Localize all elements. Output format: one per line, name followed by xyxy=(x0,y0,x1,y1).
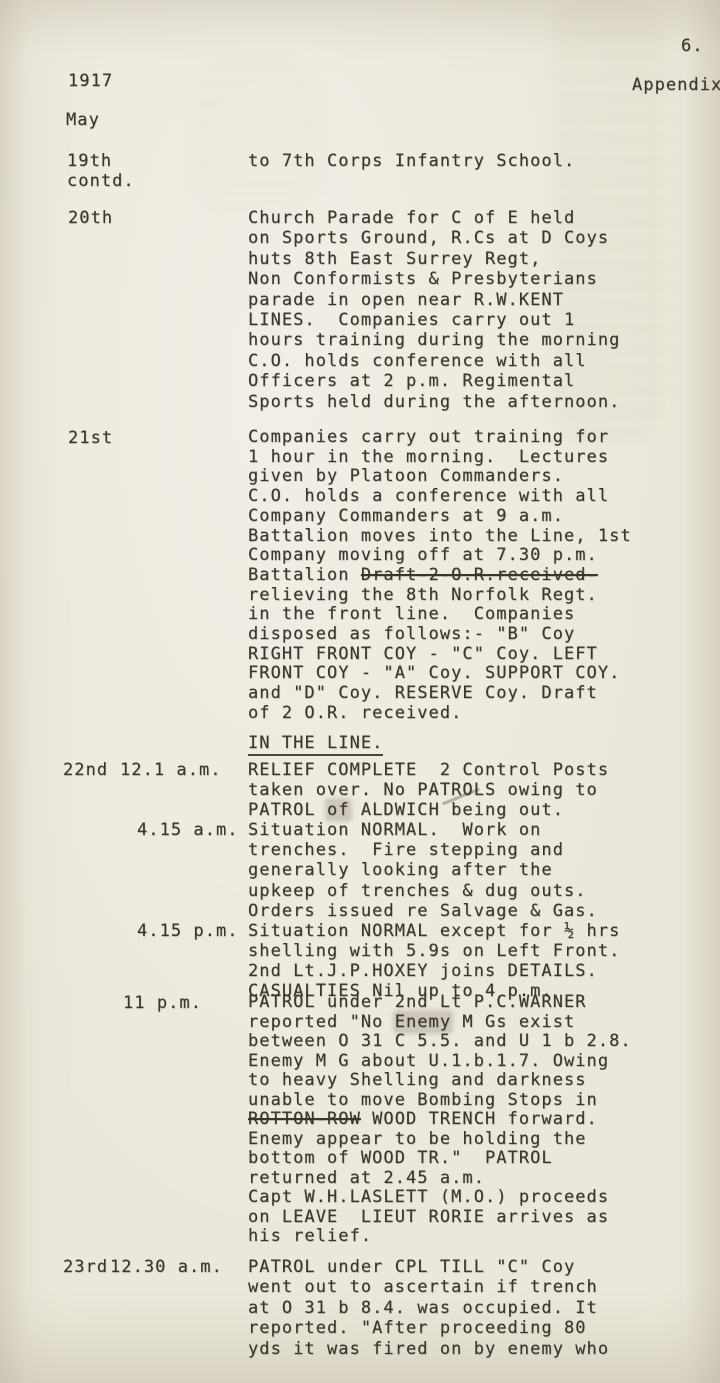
diary-line: parade in open near R.W.KENT xyxy=(248,290,620,310)
diary-line: on Sports Ground, R.Cs at D Coys xyxy=(248,228,620,248)
diary-line: Company Commanders at 9 a.m. xyxy=(248,507,632,527)
entry-date-19th: 19th xyxy=(67,151,112,171)
smudged-text: of xyxy=(327,800,350,820)
diary-line: generally looking after the xyxy=(248,860,620,880)
diary-line: hours training during the morning xyxy=(248,330,620,350)
diary-line: C.O. holds conference with all xyxy=(248,351,620,371)
line-segment: M Gs exist xyxy=(451,1012,575,1032)
diary-line: Situation NORMAL except for ½ hrs xyxy=(248,921,620,941)
diary-line: disposed as follows:- "B" Coy xyxy=(248,625,632,645)
diary-line: Non Conformists & Presbyterians xyxy=(248,269,620,289)
smudged-text: Enemy xyxy=(395,1012,451,1032)
diary-line-smudged: PATROL of ALDWICH being out. xyxy=(248,800,620,820)
diary-line: Orders issued re Salvage & Gas. xyxy=(248,901,620,921)
entry-body-20th: Church Parade for C of E held on Sports … xyxy=(248,208,620,412)
diary-line: LINES. Companies carry out 1 xyxy=(248,310,620,330)
line-segment: Battalion xyxy=(248,565,361,585)
diary-line: Enemy M G about U.1.b.1.7. Owing xyxy=(248,1052,632,1072)
appendix-label: Appendix xyxy=(632,75,720,95)
diary-line: C.O. holds a conference with all xyxy=(248,487,632,507)
month-label: May xyxy=(66,110,100,130)
entry-date-19th-contd: contd. xyxy=(67,171,135,191)
entry-time-12-1-am: 12.1 a.m. xyxy=(120,760,222,780)
entry-body-19th: to 7th Corps Infantry School. xyxy=(248,151,575,171)
diary-line: Enemy appear to be holding the xyxy=(248,1130,632,1150)
underlined-heading-text: IN THE LINE. xyxy=(248,733,383,756)
diary-line: between O 31 C 5.5. and U 1 b 2.8. xyxy=(248,1032,632,1052)
line-segment: reported "No xyxy=(248,1012,395,1032)
entry-body-22nd-part1: RELIEF COMPLETE 2 Control Posts taken ov… xyxy=(248,760,620,1001)
diary-line: FRONT COY - "A" Coy. SUPPORT COY. xyxy=(248,664,632,684)
entry-time-12-30-am: 12.30 a.m. xyxy=(110,1257,223,1277)
war-diary-page: 6. Appendix 1917 May 19th contd. to 7th … xyxy=(0,0,720,1383)
diary-line: 1 hour in the morning. Lectures xyxy=(248,448,632,468)
diary-line: Capt W.H.LASLETT (M.O.) proceeds xyxy=(248,1188,632,1208)
struck-text: Draft-2-O.R.received- xyxy=(361,565,598,585)
diary-line: to 7th Corps Infantry School. xyxy=(248,151,575,171)
year-label: 1917 xyxy=(68,71,113,91)
struck-text: ROTTON-ROW xyxy=(248,1109,361,1129)
diary-line: 2nd Lt.J.P.HOXEY joins DETAILS. xyxy=(248,961,620,981)
diary-line: relieving the 8th Norfolk Regt. xyxy=(248,586,632,606)
diary-line: of 2 O.R. received. xyxy=(248,704,632,724)
diary-line: PATROL under 2nd Lt P.C.WARNER xyxy=(248,993,632,1013)
entry-body-23rd: PATROL under CPL TILL "C" Coy went out t… xyxy=(248,1257,609,1359)
scan-bleedthrough-artifact xyxy=(190,60,320,210)
diary-line: unable to move Bombing Stops in xyxy=(248,1091,632,1111)
diary-line: Company moving off at 7.30 p.m. xyxy=(248,546,632,566)
diary-line: Officers at 2 p.m. Regimental xyxy=(248,371,620,391)
diary-line: Church Parade for C of E held xyxy=(248,208,620,228)
diary-line: on LEAVE LIEUT RORIE arrives as xyxy=(248,1208,632,1228)
diary-line: PATROL under CPL TILL "C" Coy xyxy=(248,1257,609,1277)
diary-line: bottom of WOOD TR." PATROL xyxy=(248,1149,632,1169)
diary-line: taken over. No PATROLS owing to xyxy=(248,780,620,800)
diary-line: his relief. xyxy=(248,1227,632,1247)
entry-date-20th: 20th xyxy=(68,208,113,228)
entry-date-21st: 21st xyxy=(68,428,113,448)
diary-line-strikethrough: ROTTON-ROW WOOD TRENCH forward. xyxy=(248,1110,632,1130)
diary-line: trenches. Fire stepping and xyxy=(248,840,620,860)
diary-line: Situation NORMAL. Work on xyxy=(248,820,620,840)
line-segment: PATROL xyxy=(248,800,327,820)
diary-line: upkeep of trenches & dug outs. xyxy=(248,881,620,901)
diary-line-strikethrough: Battalion Draft-2-O.R.received- xyxy=(248,566,632,586)
line-segment: ALDWICH being out. xyxy=(350,800,564,820)
line-segment: WOOD TRENCH forward. xyxy=(361,1109,598,1129)
entry-body-22nd-part2: PATROL under 2nd Lt P.C.WARNER reported … xyxy=(248,993,632,1247)
page-number: 6. xyxy=(681,36,704,56)
diary-line: given by Platoon Commanders. xyxy=(248,467,632,487)
entry-time-4-15-am: 4.15 a.m. xyxy=(137,820,239,840)
section-heading: IN THE LINE. xyxy=(248,733,383,753)
diary-line: to heavy Shelling and darkness xyxy=(248,1071,632,1091)
entry-time-11-pm: 11 p.m. xyxy=(123,993,202,1013)
diary-line: huts 8th East Surrey Regt, xyxy=(248,249,620,269)
diary-line: reported. "After proceeding 80 xyxy=(248,1318,609,1338)
diary-line: Battalion moves into the Line, 1st xyxy=(248,527,632,547)
diary-line: went out to ascertain if trench xyxy=(248,1277,609,1297)
diary-line: Companies carry out training for xyxy=(248,428,632,448)
diary-line: and "D" Coy. RESERVE Coy. Draft xyxy=(248,684,632,704)
diary-line: returned at 2.45 a.m. xyxy=(248,1169,632,1189)
diary-line: Sports held during the afternoon. xyxy=(248,392,620,412)
diary-line: shelling with 5.9s on Left Front. xyxy=(248,941,620,961)
entry-time-4-15-pm: 4.15 p.m. xyxy=(137,921,239,941)
diary-line: yds it was fired on by enemy who xyxy=(248,1339,609,1359)
diary-line: RELIEF COMPLETE 2 Control Posts xyxy=(248,760,620,780)
diary-line: in the front line. Companies xyxy=(248,605,632,625)
diary-line-smudged: reported "No Enemy M Gs exist xyxy=(248,1013,632,1033)
diary-line: at O 31 b 8.4. was occupied. It xyxy=(248,1298,609,1318)
entry-date-23rd: 23rd xyxy=(63,1257,108,1277)
entry-date-22nd: 22nd xyxy=(63,760,108,780)
entry-body-21st: Companies carry out training for 1 hour … xyxy=(248,428,632,724)
diary-line: RIGHT FRONT COY - "C" Coy. LEFT xyxy=(248,645,632,665)
